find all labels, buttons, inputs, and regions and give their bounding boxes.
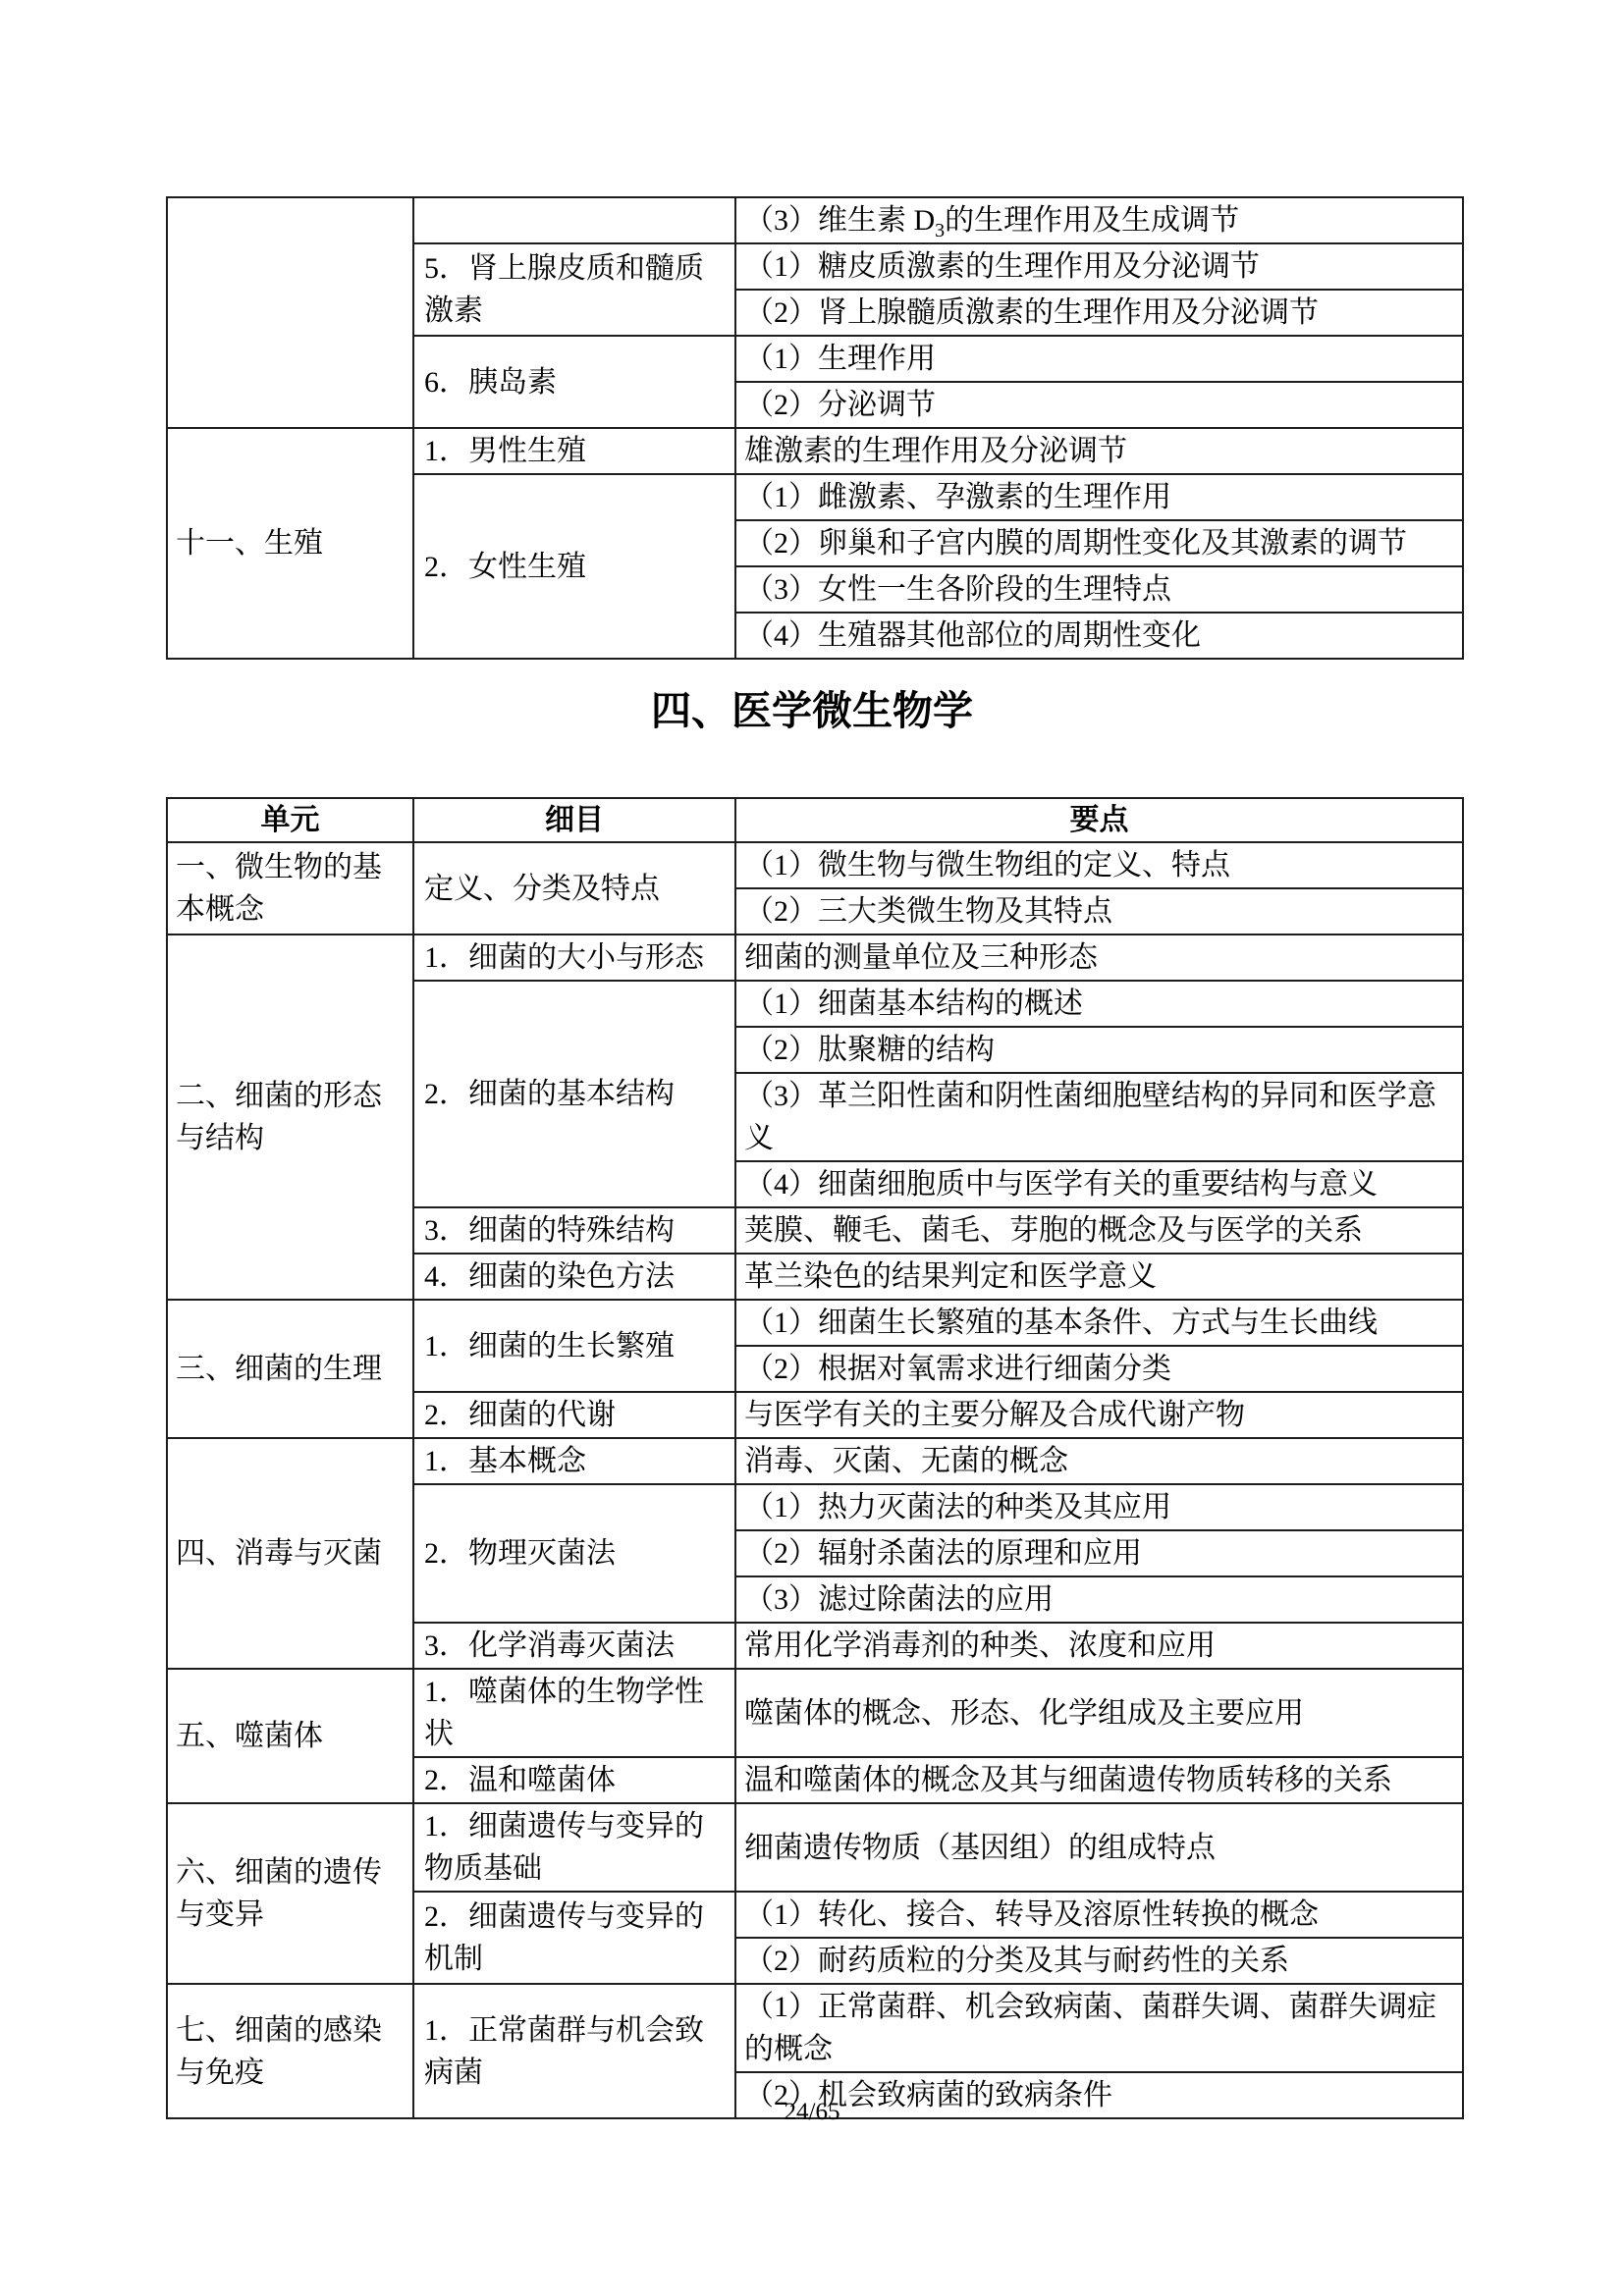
- point-cell: 与医学有关的主要分解及合成代谢产物: [735, 1392, 1463, 1438]
- table-row: 十一、生殖 1．男性生殖 雄激素的生理作用及分泌调节: [167, 428, 1463, 474]
- microbiology-table: 单元 细目 要点 一、微生物的基本概念 定义、分类及特点 （1）微生物与微生物组…: [166, 797, 1464, 2119]
- point-cell: 温和噬菌体的概念及其与细菌遗传物质转移的关系: [735, 1757, 1463, 1803]
- detail-cell: 1．噬菌体的生物学性状: [413, 1669, 735, 1757]
- table-row: 一、微生物的基本概念 定义、分类及特点 （1）微生物与微生物组的定义、特点: [167, 842, 1463, 888]
- page-number: 24/65: [0, 2099, 1624, 2126]
- detail-cell: 2．细菌的代谢: [413, 1392, 735, 1438]
- section-heading: 四、医学微生物学: [0, 687, 1624, 734]
- table-row: 六、细菌的遗传与变异 1．细菌遗传与变异的物质基础 细菌遗传物质（基因组）的组成…: [167, 1803, 1463, 1892]
- point-cell: 消毒、灭菌、无菌的概念: [735, 1438, 1463, 1484]
- point-cell: （1）热力灭菌法的种类及其应用: [735, 1484, 1463, 1530]
- column-header-unit: 单元: [167, 798, 413, 842]
- unit-cell: 三、细菌的生理: [167, 1300, 413, 1438]
- point-text-pre: （3）维生素 D: [744, 204, 935, 237]
- point-cell: （2）辐射杀菌法的原理和应用: [735, 1530, 1463, 1576]
- point-cell: 噬菌体的概念、形态、化学组成及主要应用: [735, 1669, 1463, 1757]
- physiology-table-continued: （3）维生素 D3的生理作用及生成调节 5．肾上腺皮质和髓质激素 （1）糖皮质激…: [166, 196, 1464, 660]
- detail-cell: 定义、分类及特点: [413, 842, 735, 934]
- point-cell: （3）维生素 D3的生理作用及生成调节: [735, 197, 1463, 243]
- table-row: （3）维生素 D3的生理作用及生成调节: [167, 197, 1463, 243]
- unit-cell: 四、消毒与灭菌: [167, 1438, 413, 1669]
- point-cell: （3）滤过除菌法的应用: [735, 1576, 1463, 1623]
- table-row: 五、噬菌体 1．噬菌体的生物学性状 噬菌体的概念、形态、化学组成及主要应用: [167, 1669, 1463, 1757]
- table-row: 三、细菌的生理 1．细菌的生长繁殖 （1）细菌生长繁殖的基本条件、方式与生长曲线: [167, 1300, 1463, 1346]
- point-cell: （2）根据对氧需求进行细菌分类: [735, 1346, 1463, 1392]
- unit-cell: 六、细菌的遗传与变异: [167, 1803, 413, 1984]
- detail-cell: 2．温和噬菌体: [413, 1757, 735, 1803]
- point-cell: （1）转化、接合、转导及溶原性转换的概念: [735, 1892, 1463, 1938]
- point-cell: 革兰染色的结果判定和医学意义: [735, 1254, 1463, 1300]
- point-cell: （2）三大类微生物及其特点: [735, 888, 1463, 934]
- table-row: 二、细菌的形态与结构 1．细菌的大小与形态 细菌的测量单位及三种形态: [167, 934, 1463, 981]
- point-cell: （1）生理作用: [735, 336, 1463, 382]
- detail-cell: 2．细菌遗传与变异的机制: [413, 1892, 735, 1984]
- point-cell: （1）细菌生长繁殖的基本条件、方式与生长曲线: [735, 1300, 1463, 1346]
- detail-cell: 5．肾上腺皮质和髓质激素: [413, 243, 735, 336]
- detail-cell: 1．细菌的大小与形态: [413, 934, 735, 981]
- detail-cell: 2．细菌的基本结构: [413, 981, 735, 1207]
- detail-cell: 1．细菌遗传与变异的物质基础: [413, 1803, 735, 1892]
- detail-cell-empty: [413, 197, 735, 243]
- point-text-post: 的生理作用及生成调节: [945, 204, 1239, 237]
- detail-cell: 1．基本概念: [413, 1438, 735, 1484]
- detail-cell: 1．男性生殖: [413, 428, 735, 474]
- detail-cell: 2．物理灭菌法: [413, 1484, 735, 1623]
- column-header-point: 要点: [735, 798, 1463, 842]
- detail-cell: 4．细菌的染色方法: [413, 1254, 735, 1300]
- table-row: 七、细菌的感染与免疫 1．正常菌群与机会致病菌 （1）正常菌群、机会致病菌、菌群…: [167, 1984, 1463, 2072]
- point-cell: （2）肾上腺髓质激素的生理作用及分泌调节: [735, 290, 1463, 336]
- detail-cell: 2．女性生殖: [413, 474, 735, 659]
- point-cell: 荚膜、鞭毛、菌毛、芽胞的概念及与医学的关系: [735, 1207, 1463, 1254]
- point-cell: （2）卵巢和子宫内膜的周期性变化及其激素的调节: [735, 520, 1463, 566]
- point-cell: （1）细菌基本结构的概述: [735, 981, 1463, 1027]
- header-row: 单元 细目 要点: [167, 798, 1463, 842]
- point-cell: （3）女性一生各阶段的生理特点: [735, 566, 1463, 613]
- detail-cell: 1．细菌的生长繁殖: [413, 1300, 735, 1392]
- document-page: （3）维生素 D3的生理作用及生成调节 5．肾上腺皮质和髓质激素 （1）糖皮质激…: [0, 0, 1624, 2296]
- column-header-detail: 细目: [413, 798, 735, 842]
- point-cell: （4）细菌细胞质中与医学有关的重要结构与意义: [735, 1161, 1463, 1207]
- unit-cell-empty: [167, 197, 413, 428]
- detail-cell: 3．细菌的特殊结构: [413, 1207, 735, 1254]
- detail-cell: 3．化学消毒灭菌法: [413, 1623, 735, 1669]
- point-cell: 雄激素的生理作用及分泌调节: [735, 428, 1463, 474]
- point-cell: （1）正常菌群、机会致病菌、菌群失调、菌群失调症的概念: [735, 1984, 1463, 2072]
- point-cell: （1）雌激素、孕激素的生理作用: [735, 474, 1463, 520]
- point-cell: （2）耐药质粒的分类及其与耐药性的关系: [735, 1938, 1463, 1984]
- unit-cell: 五、噬菌体: [167, 1669, 413, 1803]
- point-cell: （2）分泌调节: [735, 382, 1463, 428]
- point-cell: （1）微生物与微生物组的定义、特点: [735, 842, 1463, 888]
- point-cell: 细菌的测量单位及三种形态: [735, 934, 1463, 981]
- table-row: 四、消毒与灭菌 1．基本概念 消毒、灭菌、无菌的概念: [167, 1438, 1463, 1484]
- detail-cell: 6．胰岛素: [413, 336, 735, 428]
- point-cell: （3）革兰阳性菌和阴性菌细胞壁结构的异同和医学意义: [735, 1073, 1463, 1161]
- point-cell: （2）肽聚糖的结构: [735, 1027, 1463, 1073]
- unit-cell: 二、细菌的形态与结构: [167, 934, 413, 1300]
- point-cell: （1）糖皮质激素的生理作用及分泌调节: [735, 243, 1463, 290]
- point-cell: （4）生殖器其他部位的周期性变化: [735, 613, 1463, 659]
- unit-cell: 十一、生殖: [167, 428, 413, 659]
- unit-cell: 一、微生物的基本概念: [167, 842, 413, 934]
- point-cell: 常用化学消毒剂的种类、浓度和应用: [735, 1623, 1463, 1669]
- subscript-3: 3: [935, 220, 945, 241]
- point-cell: 细菌遗传物质（基因组）的组成特点: [735, 1803, 1463, 1892]
